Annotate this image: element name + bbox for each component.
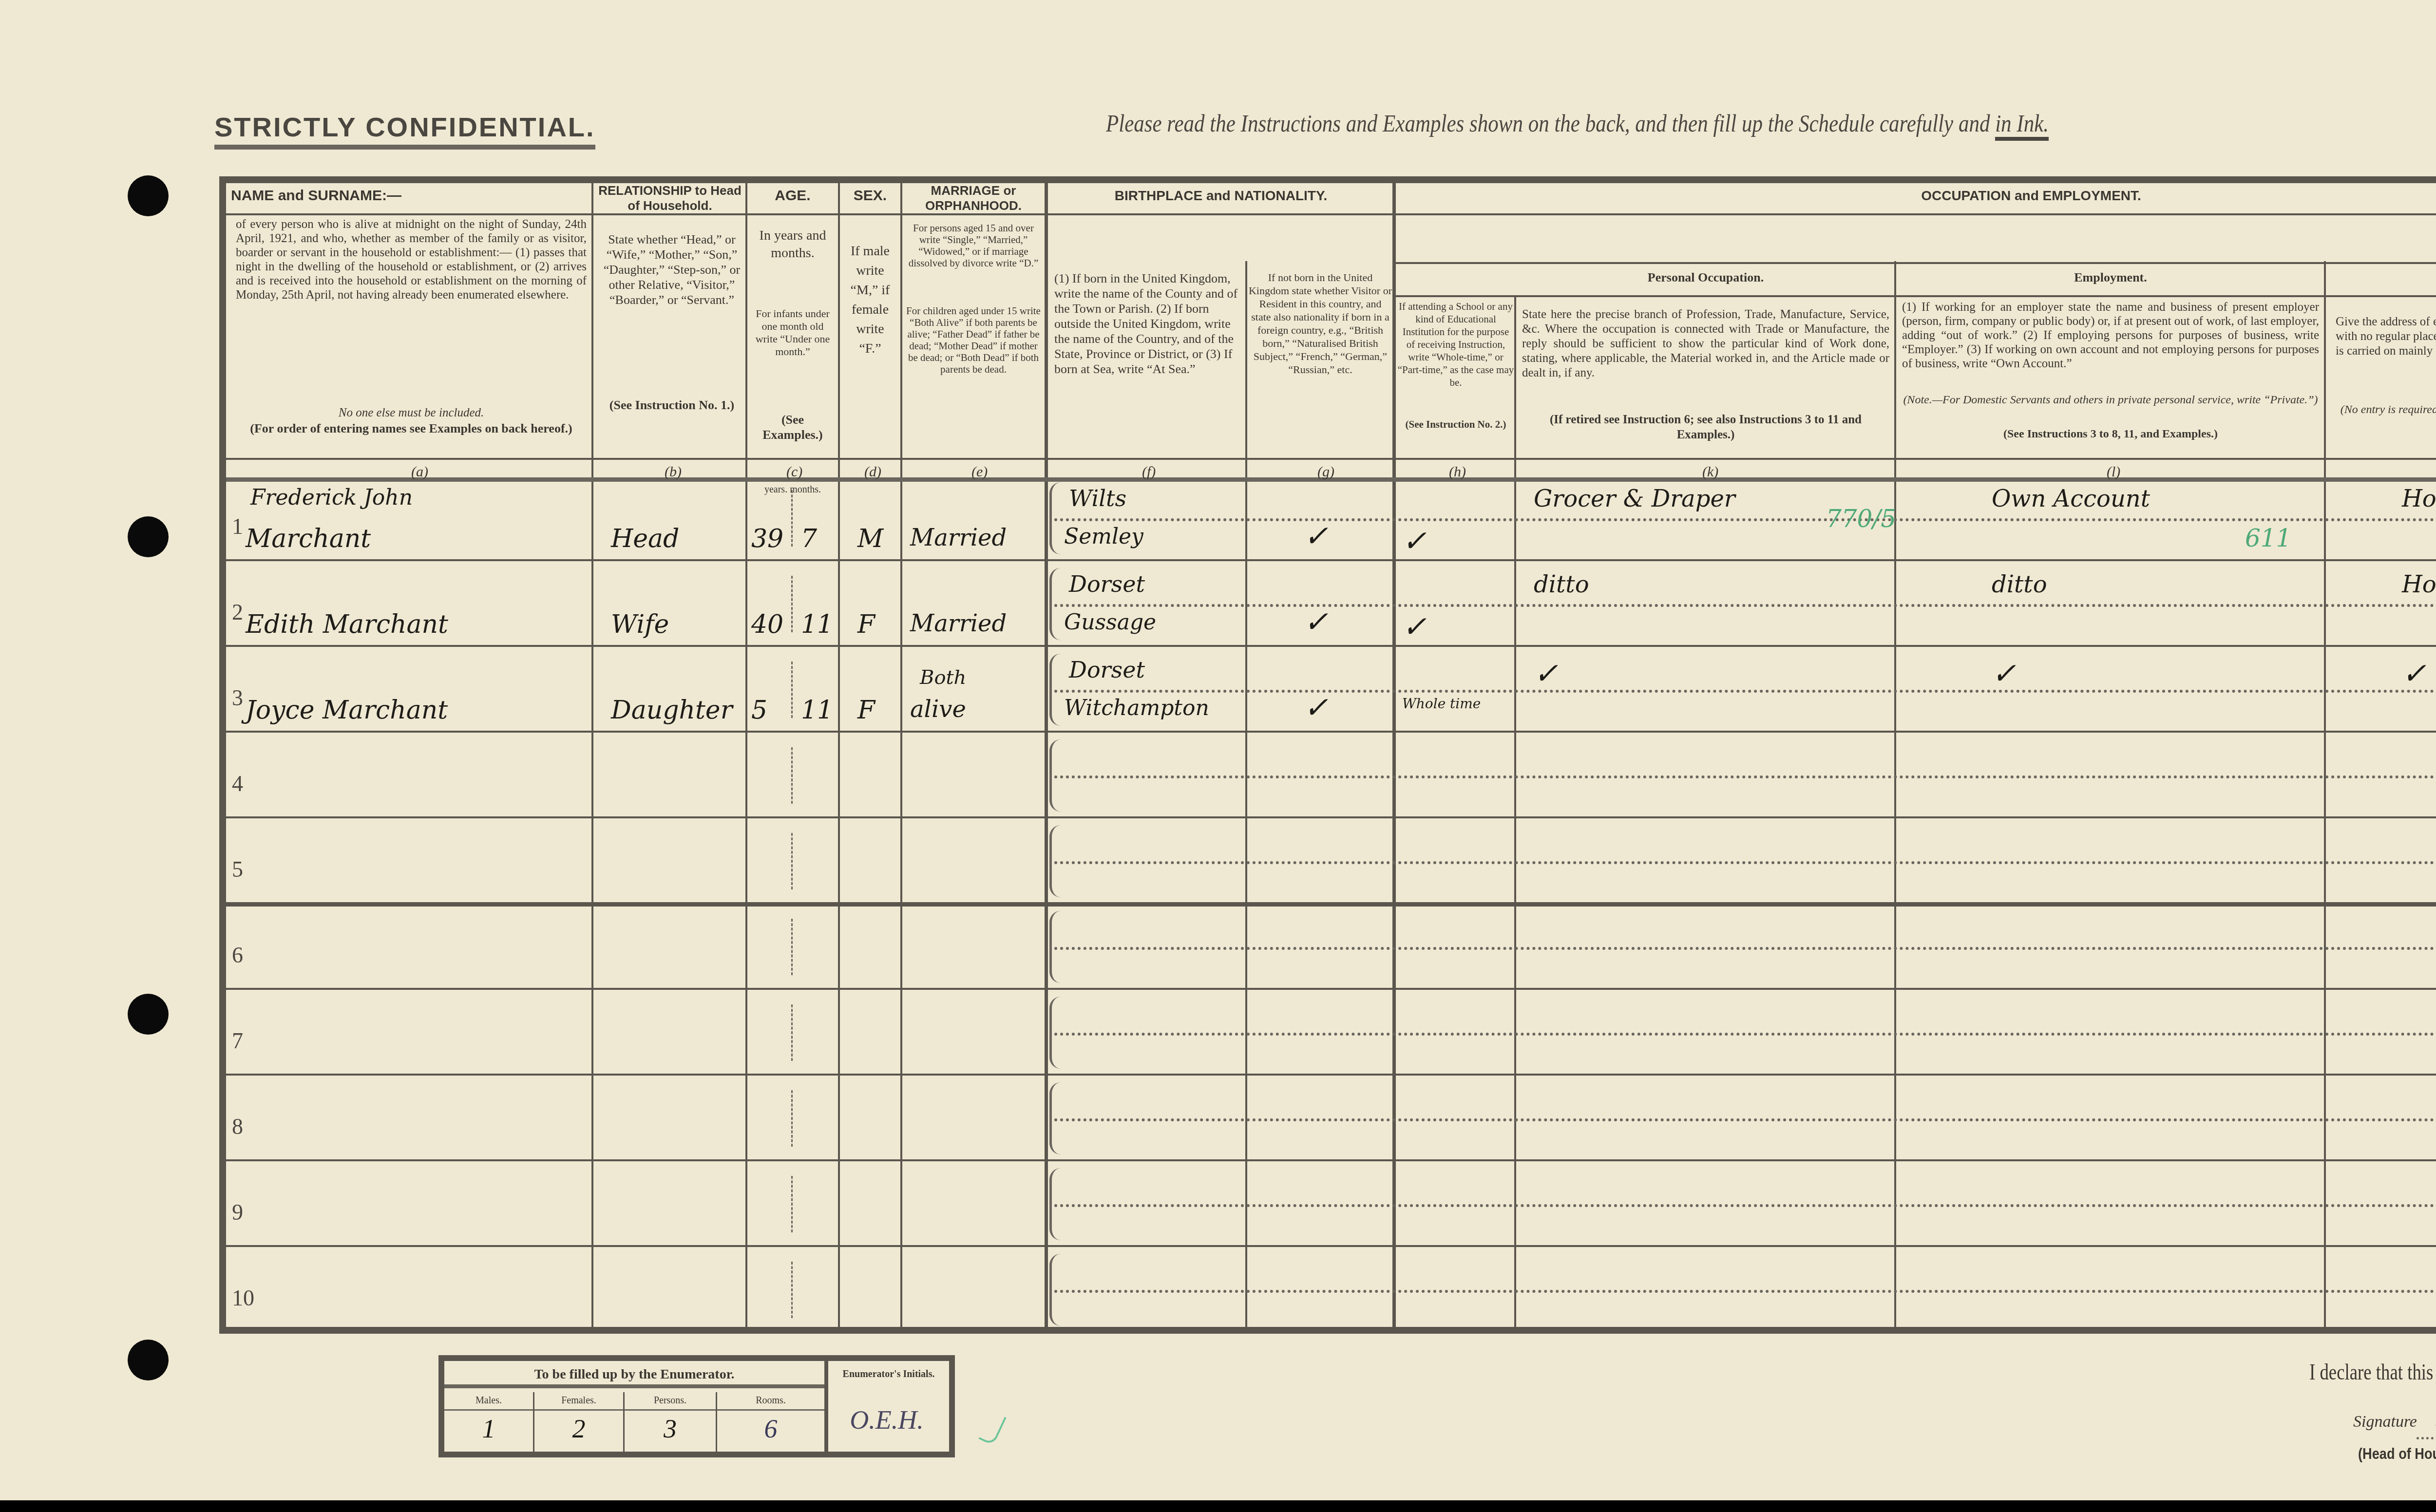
punch-hole (128, 1340, 169, 1380)
nationality-field[interactable]: ✓ (1304, 691, 1328, 725)
sex-field[interactable]: F (857, 696, 875, 725)
row-divider (226, 559, 2436, 561)
birthplace-parish[interactable]: Witchampton (1064, 696, 1209, 720)
row-divider (226, 1074, 2436, 1076)
birthplace-county[interactable]: Dorset (1069, 657, 1145, 683)
row-divider (226, 902, 2436, 907)
age-years-field[interactable]: 39 (751, 524, 783, 553)
row-divider (226, 988, 2436, 990)
brace (1049, 997, 1061, 1069)
occupation-code: 770/5 (1826, 505, 1896, 533)
nationality-field[interactable]: ✓ (1304, 605, 1328, 639)
sex-field[interactable]: F (857, 610, 875, 639)
brace (1049, 1168, 1061, 1240)
males-count-field[interactable]: 1 (444, 1411, 533, 1444)
row-divider (226, 1245, 2436, 1247)
brace (1049, 739, 1061, 812)
punch-hole (128, 994, 169, 1035)
employment-code: 611 (2245, 524, 2291, 552)
row-number: 1 (232, 513, 243, 539)
row-divider (226, 645, 2436, 647)
census-schedule-page: STRICTLY CONFIDENTIAL. Please read the I… (0, 0, 2436, 1500)
marriage-field[interactable]: Married (910, 610, 1007, 637)
school-field[interactable]: ✓ (1402, 524, 1427, 558)
marriage-field[interactable]: Married (910, 524, 1007, 551)
punch-hole (128, 175, 169, 216)
employment-field[interactable]: ✓ (1992, 657, 2016, 691)
relationship-field[interactable]: Wife (611, 610, 669, 639)
row-divider (226, 816, 2436, 818)
occupation-field[interactable]: ditto (1534, 571, 1589, 598)
row-number: 10 (232, 1285, 254, 1311)
occupation-field[interactable]: ✓ (1534, 657, 1558, 691)
punch-hole (128, 516, 169, 557)
brace (1049, 1254, 1061, 1326)
employment-field[interactable]: ditto (1992, 571, 2047, 598)
relationship-field[interactable]: Head (611, 524, 679, 553)
signature-line (2417, 1437, 2436, 1439)
marriage-field[interactable]: alive (910, 696, 966, 723)
age-months-field[interactable]: 7 (801, 524, 817, 553)
instruction-line: Please read the Instructions and Example… (1106, 109, 2049, 137)
green-tick-mark (978, 1411, 1007, 1446)
row-number: 6 (232, 942, 243, 968)
birthplace-county[interactable]: Wilts (1069, 485, 1126, 511)
occupation-field[interactable]: Grocer & Draper (1534, 485, 1735, 512)
place-of-work-field[interactable]: ✓ (2402, 657, 2426, 691)
birthplace-parish[interactable]: Gussage (1064, 610, 1156, 635)
row-number: 7 (232, 1028, 243, 1054)
signature-label: Signature (2353, 1413, 2417, 1431)
name-line-2[interactable]: Edith Marchant (246, 610, 448, 639)
name-line-2[interactable]: Marchant (246, 524, 371, 553)
confidential-heading: STRICTLY CONFIDENTIAL. (214, 111, 595, 150)
row-number: 8 (232, 1114, 243, 1139)
age-years-field[interactable]: 5 (751, 696, 767, 725)
declaration-text: I declare that this Schedule is correctl… (2309, 1359, 2436, 1385)
school-field[interactable]: Whole time (1402, 696, 1481, 712)
females-count-field[interactable]: 2 (534, 1411, 623, 1444)
row-number: 5 (232, 856, 243, 882)
name-line-1[interactable]: Frederick John (250, 485, 413, 510)
name-line-2[interactable]: Joyce Marchant (246, 696, 448, 725)
birthplace-parish[interactable]: Semley (1064, 524, 1143, 549)
employment-field[interactable]: Own Account (1992, 485, 2150, 512)
brace (1049, 825, 1061, 897)
enumerator-box: To be filled up by the Enumerator. Enume… (438, 1355, 955, 1457)
persons-count-field[interactable]: 3 (625, 1411, 716, 1444)
row-number: 4 (232, 771, 243, 796)
row-divider (226, 731, 2436, 733)
place-of-work-field[interactable]: Home (2402, 571, 2436, 598)
row-number: 2 (232, 599, 243, 625)
sex-field[interactable]: M (857, 524, 883, 553)
row-number: 3 (232, 685, 243, 711)
rooms-count-field[interactable]: 6 (717, 1411, 824, 1444)
birthplace-county[interactable]: Dorset (1069, 571, 1145, 597)
row-divider (226, 1159, 2436, 1161)
brace (1049, 654, 1061, 726)
brace (1049, 911, 1061, 983)
relationship-field[interactable]: Daughter (611, 696, 733, 725)
brace (1049, 482, 1061, 554)
nationality-field[interactable]: ✓ (1304, 519, 1328, 553)
marriage-line-1[interactable]: Both (920, 666, 966, 689)
place-of-work-field[interactable]: Home (2402, 485, 2436, 512)
signature-caption: (Head of Household, Manager of Establish… (2358, 1445, 2436, 1463)
enumerator-initials-field[interactable]: O.E.H. (824, 1395, 949, 1435)
age-months-field[interactable]: 11 (801, 696, 833, 725)
school-field[interactable]: ✓ (1402, 610, 1427, 644)
brace (1049, 568, 1061, 640)
age-years-field[interactable]: 40 (751, 610, 783, 639)
row-number: 9 (232, 1199, 243, 1225)
age-months-field[interactable]: 11 (801, 610, 833, 639)
brace (1049, 1082, 1061, 1154)
